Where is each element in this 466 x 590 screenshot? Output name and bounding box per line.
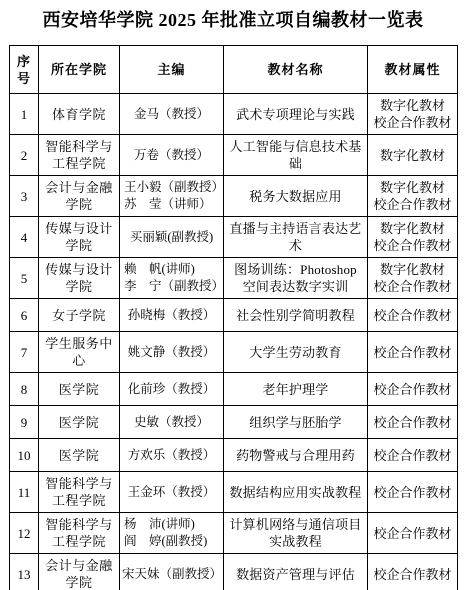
cell-college: 医学院 <box>39 373 120 406</box>
cell-textbook-title: 组织学与胚胎学 <box>224 406 368 439</box>
table-row: 6女子学院孙晓梅（教授）社会性别学简明教程校企合作教材 <box>10 299 458 332</box>
editor-name: 孙晓梅（教授） <box>122 307 221 324</box>
cell-no: 1 <box>10 94 39 135</box>
cell-editor: 化前珍（教授） <box>120 373 224 406</box>
cell-textbook-title: 数据资产管理与评估 <box>224 554 368 590</box>
attribute-value: 校企合作教材 <box>370 566 455 583</box>
cell-textbook-title: 老年护理学 <box>224 373 368 406</box>
attribute-value: 校企合作教材 <box>370 344 455 361</box>
cell-no: 11 <box>10 472 39 513</box>
cell-college: 传媒与设计学院 <box>39 258 120 299</box>
attribute-value: 数字化教材 <box>370 179 455 196</box>
cell-textbook-title: 人工智能与信息技术基础 <box>224 135 368 176</box>
table-row: 7学生服务中心姚文静（教授）大学生劳动教育校企合作教材 <box>10 332 458 373</box>
table-row: 3会计与金融学院王小毅（副教授）苏 莹（讲师）税务大数据应用数字化教材校企合作教… <box>10 176 458 217</box>
editor-name: 王小毅（副教授） <box>122 179 221 196</box>
editor-name: 杨 沛(讲师) <box>122 516 221 533</box>
textbook-table: 序号 所在学院 主编 教材名称 教材属性 1体育学院金马（教授）武术专项理论与实… <box>9 45 458 590</box>
cell-attributes: 校企合作教材 <box>368 332 458 373</box>
cell-college: 会计与金融学院 <box>39 176 120 217</box>
attribute-value: 校企合作教材 <box>370 196 455 213</box>
editor-name: 万卷（教授） <box>122 147 221 164</box>
cell-textbook-title: 直播与主持语言表达艺术 <box>224 217 368 258</box>
attribute-value: 数字化教材 <box>370 147 455 164</box>
cell-no: 4 <box>10 217 39 258</box>
cell-college: 智能科学与工程学院 <box>39 513 120 554</box>
editor-name: 李 宁（副教授） <box>122 278 221 295</box>
table-row: 11智能科学与工程学院王金环（教授）数据结构应用实战教程校企合作教材 <box>10 472 458 513</box>
table-row: 5传媒与设计学院赖 帆(讲师)李 宁（副教授）图场训练：Photoshop 空间… <box>10 258 458 299</box>
editor-name: 姚文静（教授） <box>122 344 221 361</box>
cell-editor: 方欢乐（教授） <box>120 439 224 472</box>
cell-editor: 金马（教授） <box>120 94 224 135</box>
cell-no: 13 <box>10 554 39 590</box>
cell-textbook-title: 税务大数据应用 <box>224 176 368 217</box>
table-row: 12智能科学与工程学院杨 沛(讲师)阎 婷(副教授)计算机网络与通信项目实战教程… <box>10 513 458 554</box>
cell-editor: 王金环（教授） <box>120 472 224 513</box>
cell-attributes: 数字化教材校企合作教材 <box>368 176 458 217</box>
cell-college: 医学院 <box>39 439 120 472</box>
table-row: 10医学院方欢乐（教授）药物警戒与合理用药校企合作教材 <box>10 439 458 472</box>
header-row: 序号 所在学院 主编 教材名称 教材属性 <box>10 46 458 94</box>
editor-name: 阎 婷(副教授) <box>122 533 221 550</box>
cell-attributes: 校企合作教材 <box>368 373 458 406</box>
table-row: 8医学院化前珍（教授）老年护理学校企合作教材 <box>10 373 458 406</box>
cell-editor: 杨 沛(讲师)阎 婷(副教授) <box>120 513 224 554</box>
attribute-value: 校企合作教材 <box>370 525 455 542</box>
cell-editor: 赖 帆(讲师)李 宁（副教授） <box>120 258 224 299</box>
attribute-value: 校企合作教材 <box>370 414 455 431</box>
cell-textbook-title: 社会性别学简明教程 <box>224 299 368 332</box>
cell-college: 智能科学与工程学院 <box>39 135 120 176</box>
table-row: 9医学院史敏（教授）组织学与胚胎学校企合作教材 <box>10 406 458 439</box>
header-title: 教材名称 <box>224 46 368 94</box>
cell-no: 6 <box>10 299 39 332</box>
table-body: 1体育学院金马（教授）武术专项理论与实践数字化教材校企合作教材2智能科学与工程学… <box>10 94 458 590</box>
cell-college: 学生服务中心 <box>39 332 120 373</box>
editor-name: 史敏（教授） <box>122 414 221 431</box>
cell-editor: 万卷（教授） <box>120 135 224 176</box>
editor-name: 方欢乐（教授） <box>122 447 221 464</box>
cell-college: 会计与金融学院 <box>39 554 120 590</box>
attribute-value: 校企合作教材 <box>370 237 455 254</box>
cell-editor: 史敏（教授） <box>120 406 224 439</box>
attribute-value: 数字化教材 <box>370 97 455 114</box>
table-row: 2智能科学与工程学院万卷（教授）人工智能与信息技术基础数字化教材 <box>10 135 458 176</box>
cell-no: 2 <box>10 135 39 176</box>
table-row: 1体育学院金马（教授）武术专项理论与实践数字化教材校企合作教材 <box>10 94 458 135</box>
header-no: 序号 <box>10 46 39 94</box>
cell-textbook-title: 大学生劳动教育 <box>224 332 368 373</box>
attribute-value: 校企合作教材 <box>370 381 455 398</box>
editor-name: 赖 帆(讲师) <box>122 261 221 278</box>
cell-college: 体育学院 <box>39 94 120 135</box>
cell-attributes: 校企合作教材 <box>368 472 458 513</box>
header-editor: 主编 <box>120 46 224 94</box>
cell-attributes: 数字化教材校企合作教材 <box>368 94 458 135</box>
attribute-value: 校企合作教材 <box>370 278 455 295</box>
cell-attributes: 数字化教材校企合作教材 <box>368 217 458 258</box>
editor-name: 王金环（教授） <box>122 484 221 501</box>
editor-name: 化前珍（教授） <box>122 381 221 398</box>
editor-name: 买丽颖(副教授) <box>122 229 221 246</box>
cell-college: 女子学院 <box>39 299 120 332</box>
editor-name: 金马（教授） <box>122 106 221 123</box>
cell-textbook-title: 数据结构应用实战教程 <box>224 472 368 513</box>
page-title: 西安培华学院 2025 年批准立项自编教材一览表 <box>0 0 466 31</box>
cell-editor: 宋天妹（副教授） <box>120 554 224 590</box>
table-row: 4传媒与设计学院买丽颖(副教授)直播与主持语言表达艺术数字化教材校企合作教材 <box>10 217 458 258</box>
cell-attributes: 数字化教材校企合作教材 <box>368 258 458 299</box>
cell-attributes: 校企合作教材 <box>368 554 458 590</box>
cell-editor: 姚文静（教授） <box>120 332 224 373</box>
cell-attributes: 校企合作教材 <box>368 406 458 439</box>
cell-attributes: 校企合作教材 <box>368 513 458 554</box>
document-page: 西安培华学院 2025 年批准立项自编教材一览表 序号 所在学院 主编 教材名称… <box>0 0 466 590</box>
cell-no: 7 <box>10 332 39 373</box>
cell-editor: 孙晓梅（教授） <box>120 299 224 332</box>
cell-textbook-title: 药物警戒与合理用药 <box>224 439 368 472</box>
editor-name: 宋天妹（副教授） <box>122 566 221 583</box>
cell-no: 3 <box>10 176 39 217</box>
cell-textbook-title: 武术专项理论与实践 <box>224 94 368 135</box>
header-college: 所在学院 <box>39 46 120 94</box>
editor-name: 苏 莹（讲师） <box>122 196 221 213</box>
cell-no: 10 <box>10 439 39 472</box>
attribute-value: 校企合作教材 <box>370 447 455 464</box>
attribute-value: 校企合作教材 <box>370 114 455 131</box>
cell-editor: 买丽颖(副教授) <box>120 217 224 258</box>
cell-attributes: 校企合作教材 <box>368 299 458 332</box>
attribute-value: 数字化教材 <box>370 261 455 278</box>
cell-college: 医学院 <box>39 406 120 439</box>
cell-attributes: 校企合作教材 <box>368 439 458 472</box>
header-attr: 教材属性 <box>368 46 458 94</box>
cell-textbook-title: 计算机网络与通信项目实战教程 <box>224 513 368 554</box>
cell-no: 12 <box>10 513 39 554</box>
attribute-value: 校企合作教材 <box>370 307 455 324</box>
cell-no: 9 <box>10 406 39 439</box>
cell-editor: 王小毅（副教授）苏 莹（讲师） <box>120 176 224 217</box>
cell-no: 8 <box>10 373 39 406</box>
cell-no: 5 <box>10 258 39 299</box>
cell-college: 智能科学与工程学院 <box>39 472 120 513</box>
attribute-value: 校企合作教材 <box>370 484 455 501</box>
table-header: 序号 所在学院 主编 教材名称 教材属性 <box>10 46 458 94</box>
cell-college: 传媒与设计学院 <box>39 217 120 258</box>
attribute-value: 数字化教材 <box>370 220 455 237</box>
table-row: 13会计与金融学院宋天妹（副教授）数据资产管理与评估校企合作教材 <box>10 554 458 590</box>
cell-textbook-title: 图场训练：Photoshop 空间表达数字实训 <box>224 258 368 299</box>
cell-attributes: 数字化教材 <box>368 135 458 176</box>
